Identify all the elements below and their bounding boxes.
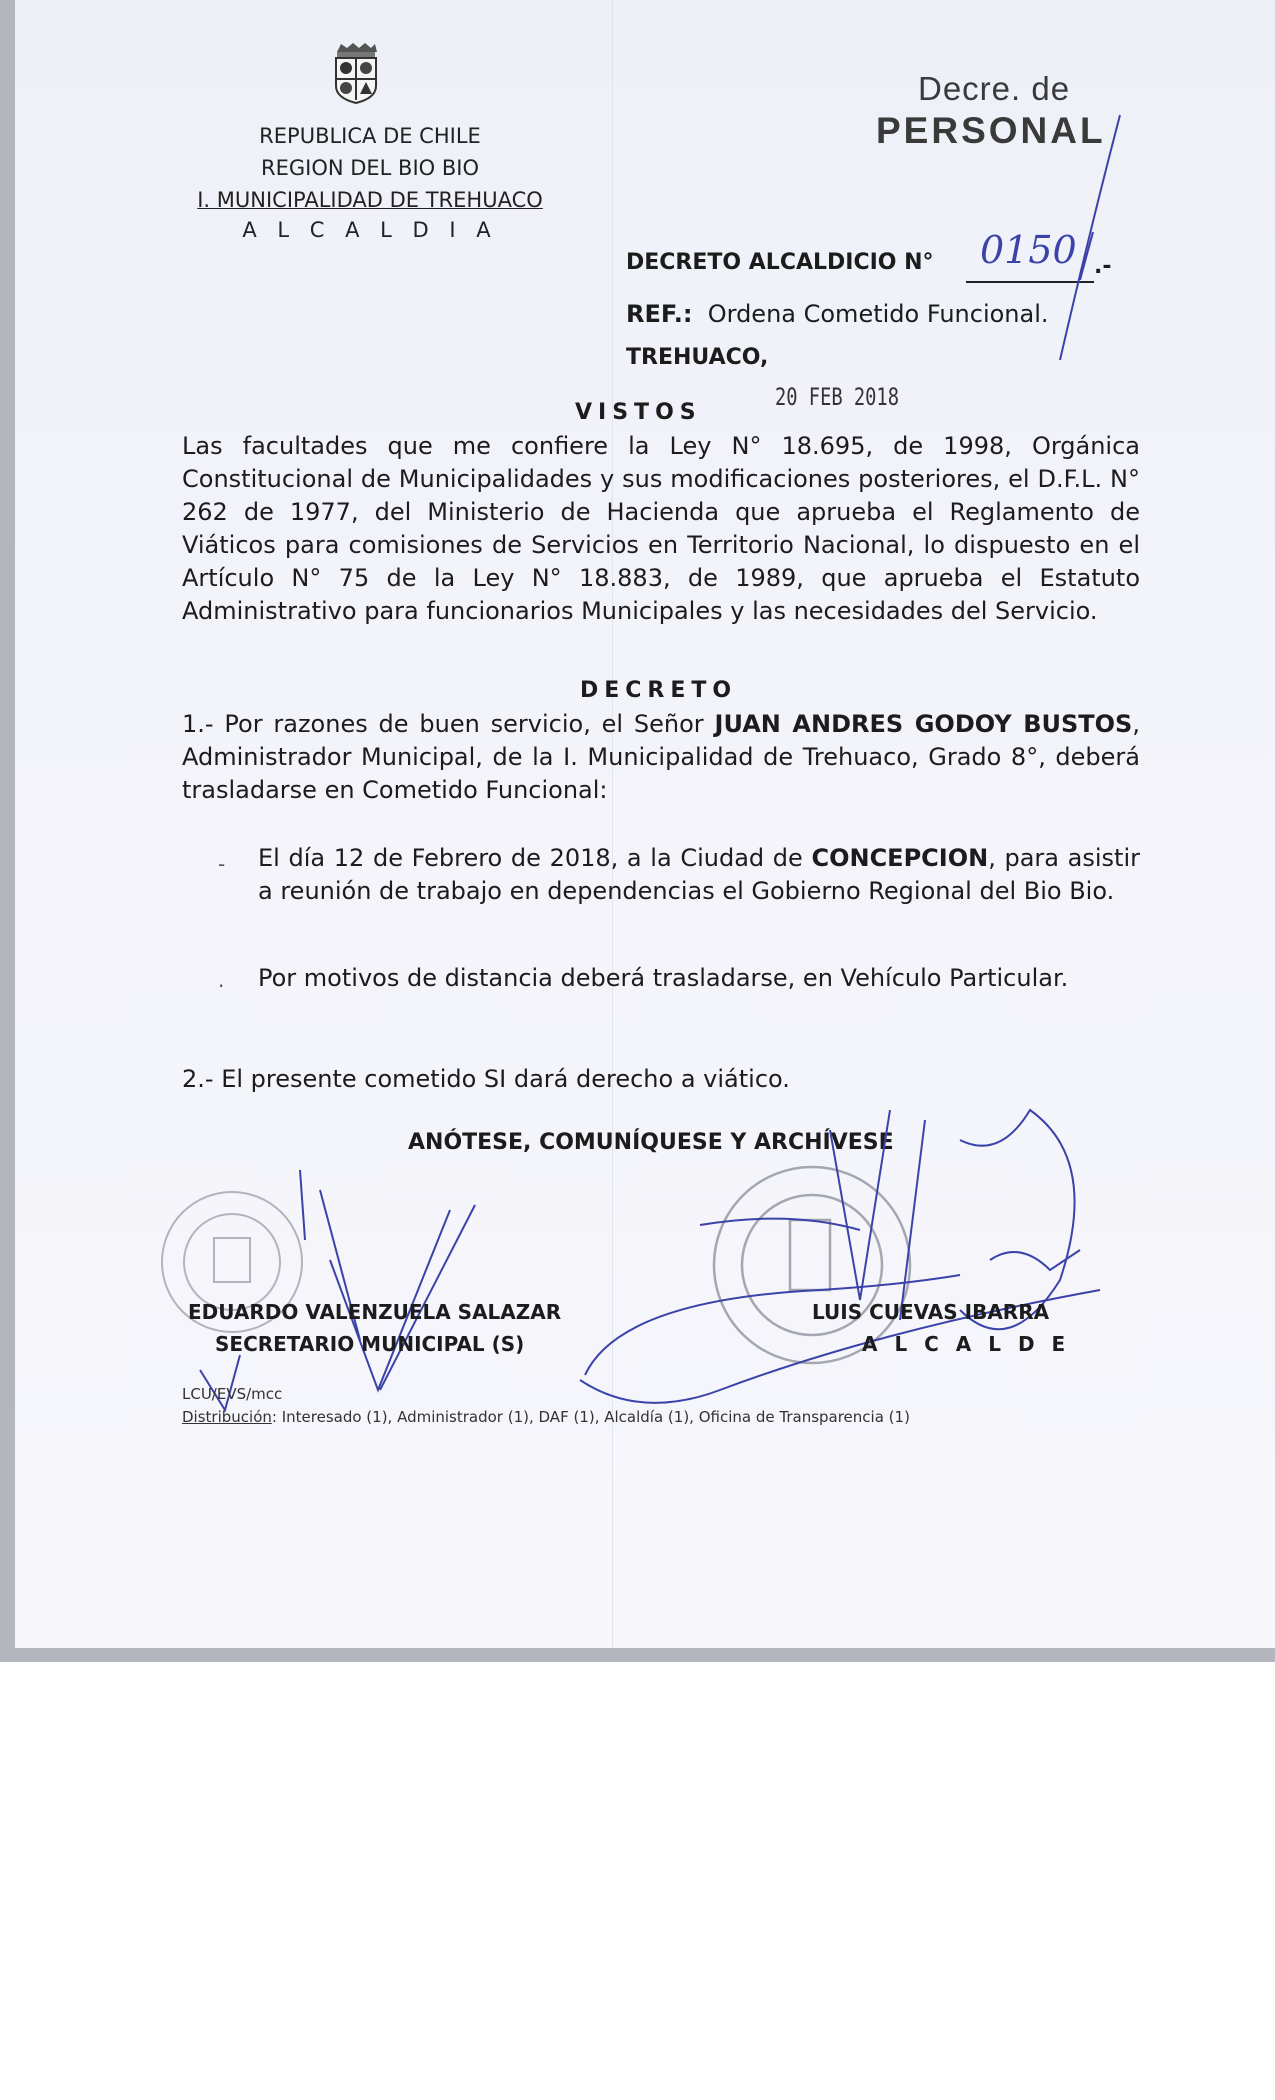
bullet1-text: El día 12 de Febrero de 2018, a la Ciuda…: [258, 844, 811, 872]
vistos-text: Las facultades que me confiere la Ley N°…: [182, 430, 1140, 628]
secretary-name: EDUARDO VALENZUELA SALAZAR: [188, 1300, 561, 1324]
header-line-region: REGION DEL BIO BIO: [160, 152, 580, 184]
item1-text: 1.- Por razones de buen servicio, el Señ…: [182, 710, 715, 738]
distribution-list: Distribución: Interesado (1), Administra…: [182, 1408, 910, 1426]
decree-number-suffix: .-: [1094, 254, 1112, 279]
date-stamp: 20 FEB 2018: [775, 383, 899, 411]
stamp-decree-type: Decre. de: [918, 70, 1070, 108]
city-label: TREHUACO,: [626, 345, 768, 370]
decreto-title: DECRETO: [580, 678, 737, 703]
reference-line: REF.: Ordena Cometido Funcional.: [626, 300, 1049, 328]
stamp-personal: PERSONAL: [876, 110, 1106, 152]
decreto-bullet-1: El día 12 de Febrero de 2018, a la Ciuda…: [258, 842, 1140, 908]
decree-number-underline: [966, 281, 1094, 283]
bullet-marker: .: [218, 968, 224, 992]
header-line-municipality: I. MUNICIPALIDAD DE TREHUACO: [160, 184, 580, 216]
mayor-name: LUIS CUEVAS IBARRA: [812, 1300, 1049, 1324]
closing-formula: ANÓTESE, COMUNÍQUESE Y ARCHÍVESE: [408, 1130, 894, 1155]
bullet-marker: -: [218, 852, 225, 876]
decreto-item-2: 2.- El presente cometido SI dará derecho…: [182, 1063, 1140, 1096]
initials: LCU/EVS/mcc: [182, 1385, 282, 1403]
reference-text: Ordena Cometido Funcional.: [708, 300, 1049, 328]
distribution-text: : Interesado (1), Administrador (1), DAF…: [272, 1408, 910, 1426]
destination-city: CONCEPCION: [811, 844, 988, 872]
decreto-item-1: 1.- Por razones de buen servicio, el Señ…: [182, 708, 1140, 807]
official-name: JUAN ANDRES GODOY BUSTOS: [715, 710, 1133, 738]
page-fold-line: [612, 0, 613, 1648]
header-line-country: REPUBLICA DE CHILE: [160, 120, 580, 152]
reference-label: REF.:: [626, 300, 692, 328]
decreto-bullet-2: Por motivos de distancia deberá traslada…: [258, 962, 1140, 995]
bullet2-text: Por motivos de distancia deberá traslada…: [258, 964, 1068, 992]
decree-number-handwritten: 0150: [980, 228, 1077, 272]
header-line-office: A L C A L D I A: [160, 214, 580, 246]
coat-of-arms-icon: [333, 42, 379, 104]
vistos-title: VISTOS: [575, 400, 702, 425]
distribution-label: Distribución: [182, 1408, 272, 1426]
mayor-title: A L C A L D E: [862, 1332, 1070, 1356]
secretary-title: SECRETARIO MUNICIPAL (S): [215, 1332, 524, 1356]
decree-number-label: DECRETO ALCALDICIO N°: [626, 250, 934, 275]
